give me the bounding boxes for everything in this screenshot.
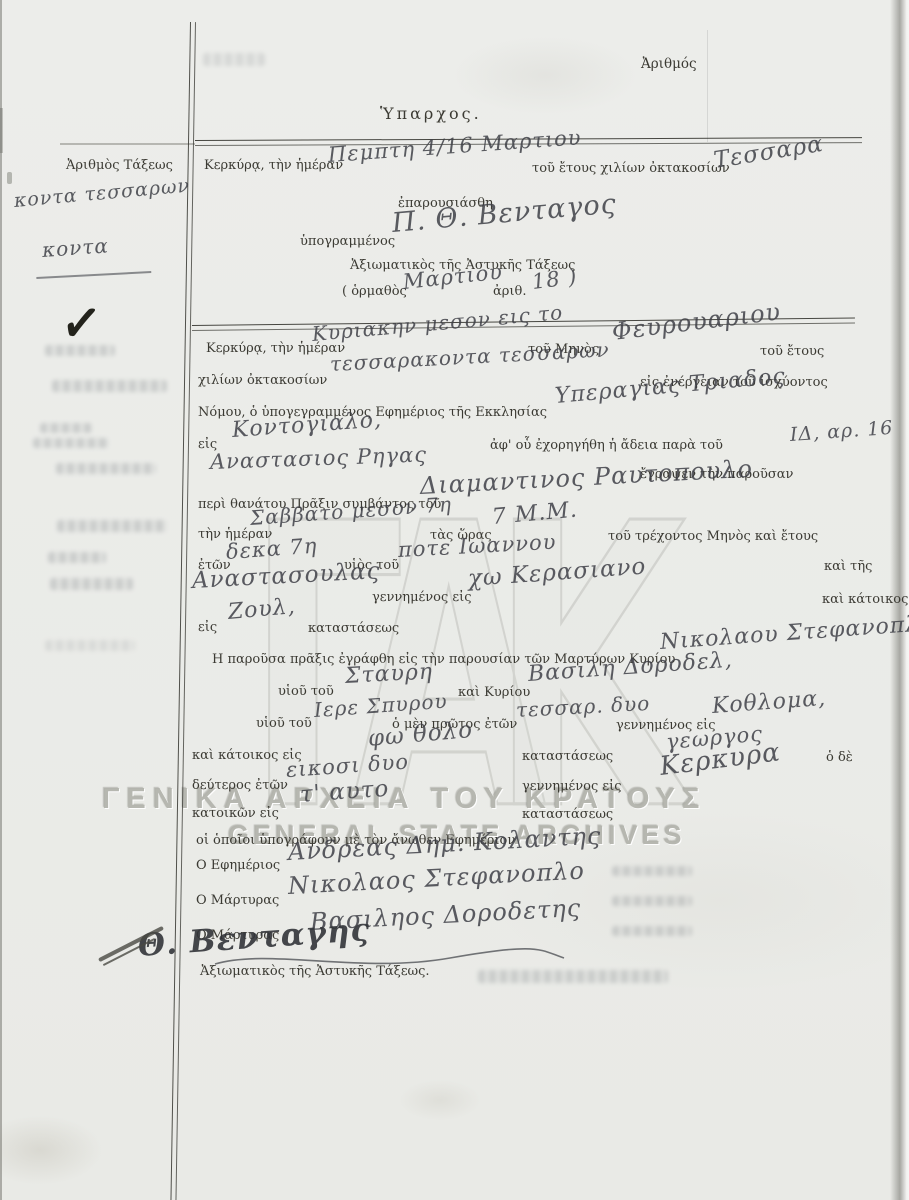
printed-resident: καὶ κάτοικος	[822, 592, 908, 607]
printed-year-label: τοῦ ἔτους	[760, 344, 824, 359]
scanned-register-page: ΓΑΚ ΓΕΝΙΚΑ ΑΡΧΕΙΑ ΤΟΥ ΚΡΑΤΟΥΣ GENERAL ST…	[0, 0, 909, 1200]
printed-thousand: χιλίων ὀκτακοσίων	[198, 373, 327, 388]
vertical-rule	[170, 22, 196, 1200]
official-title-bottom: Ἀξιωματικὸς τῆς Ἀστυκῆς Τάξεως.	[200, 964, 430, 979]
ink-bleed-ghost	[48, 552, 106, 563]
printed-status-w2: καταστάσεως	[522, 807, 613, 822]
handwritten-act-day: Κυριακην μεσον εις το	[311, 300, 564, 346]
page-title: Ὑπαρχος.	[380, 104, 482, 123]
number-label: Ἀριθμός	[641, 56, 697, 72]
ink-bleed-ghost	[45, 640, 135, 651]
ink-bleed-ghost	[45, 345, 115, 356]
printed-the-second: ὁ δὲ	[826, 750, 853, 765]
printed-undersigned: ὑπογραμμένος	[300, 234, 395, 249]
handwritten-license-number: ΙΔ, αρ. 16	[789, 417, 894, 446]
ink-bleed-ghost	[52, 380, 167, 392]
printed-born-at: γεννημένος εἰς	[372, 590, 472, 605]
printed-son-of-w2: υἱοῦ τοῦ	[256, 716, 312, 731]
printed-year-pre-1: τοῦ ἔτους χιλίων ὀκτακοσίων	[532, 161, 730, 176]
printed-corfu-day-1: Κερκύρᾳ, τὴν ἡμέραν	[204, 158, 343, 173]
edge-mark	[0, 108, 3, 153]
printed-bundle-label: ( ὁρμαθὸς	[342, 284, 407, 299]
ink-bleed-ghost	[612, 896, 692, 906]
margin-ink-speck	[7, 172, 12, 184]
ink-bleed-ghost	[33, 438, 109, 448]
printed-born-at-w2: γεννημένος εἰς	[522, 779, 622, 794]
margin-order-number-label: Ἀριθμὸς Τάξεως	[66, 158, 173, 173]
printed-number-label: ἀριθ.	[493, 284, 526, 299]
ink-bleed-ghost	[50, 578, 133, 590]
printed-and-of: καὶ τῆς	[824, 559, 872, 574]
ink-bleed-ghost	[612, 866, 692, 876]
printed-current-month: τοῦ τρέχοντος Μηνὸς καὶ ἔτους	[608, 529, 818, 544]
ink-bleed-ghost	[40, 423, 92, 433]
printed-status-w1: καταστάσεως	[522, 749, 613, 764]
printed-second-aged: δεύτερος ἐτῶν	[192, 778, 288, 793]
ink-bleed-ghost	[57, 520, 167, 532]
paper-crease	[707, 30, 708, 142]
ink-bleed-ghost	[203, 53, 265, 66]
handwritten-month: Φευρουαριου	[610, 297, 782, 346]
handwritten-bundle-number: 18 )	[531, 265, 579, 294]
witness1-label: Ο Μάρτυρας	[196, 893, 279, 908]
printed-living-at: κατοικῶν εἰς	[192, 806, 279, 821]
horizontal-rule-margin-extension	[60, 143, 195, 145]
handwritten-underline-flourish	[36, 259, 152, 279]
page-left-edge	[0, 0, 2, 1200]
printed-at-2: εἰς	[198, 620, 217, 635]
ink-bleed-ghost	[478, 970, 668, 983]
priest-label: Ο Εφημέριος	[196, 858, 280, 873]
printed-status: καταστάσεως	[308, 621, 399, 636]
handwritten-witness1-birthplace: Κοθλομα,	[711, 686, 827, 719]
handwritten-witness1-father: Σταυρη	[344, 659, 433, 689]
ink-bleed-ghost	[56, 463, 156, 474]
printed-license: ἀφ' οὗ ἐχορηγήθη ἡ ἄδεια παρὰ τοῦ	[490, 438, 723, 453]
ink-bleed-ghost	[612, 926, 692, 936]
handwritten-margin-note: κοντα	[41, 233, 109, 262]
